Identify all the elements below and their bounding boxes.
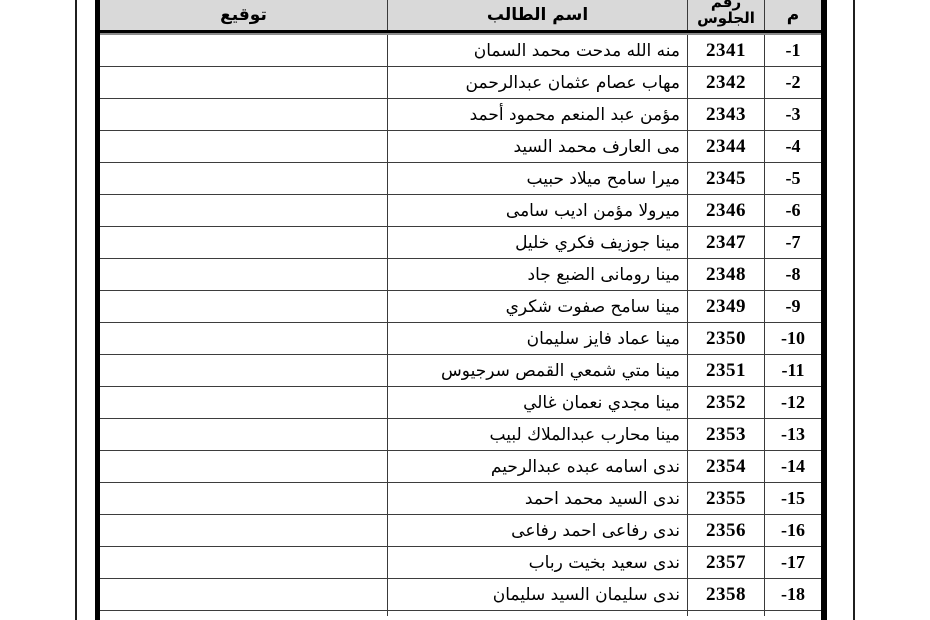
student-name-cell: مى العارف محمد السيد <box>388 131 688 162</box>
partial-next-row <box>100 611 821 616</box>
signature-cell <box>100 35 388 66</box>
signature-cell <box>100 131 388 162</box>
serial-cell: -17 <box>765 547 821 578</box>
serial-cell: -10 <box>765 323 821 354</box>
serial-cell: -14 <box>765 451 821 482</box>
signature-cell <box>100 195 388 226</box>
table-row: ندى سعيد بخيت رباب 2357 -17 <box>100 547 821 579</box>
serial-cell: -15 <box>765 483 821 514</box>
student-name-cell: مينا متي شمعي القمص سرجيوس <box>388 355 688 386</box>
header-serial-column: م <box>765 0 821 30</box>
signature-cell <box>100 323 388 354</box>
header-signature-column: توقيع <box>100 0 388 30</box>
serial-cell: -3 <box>765 99 821 130</box>
serial-cell: -11 <box>765 355 821 386</box>
signature-cell <box>100 67 388 98</box>
serial-cell: -12 <box>765 387 821 418</box>
header-student-name-column: اسم الطالب <box>388 0 688 30</box>
student-name-cell: مينا رومانى الضبع جاد <box>388 259 688 290</box>
seat-number-cell: 2349 <box>688 291 765 322</box>
left-margin-line <box>75 0 77 620</box>
table-row: ندى رفاعى احمد رفاعى 2356 -16 <box>100 515 821 547</box>
seat-number-cell: 2345 <box>688 163 765 194</box>
seat-number-cell: 2356 <box>688 515 765 546</box>
table-row: مينا سامح صفوت شكري 2349 -9 <box>100 291 821 323</box>
serial-cell: -5 <box>765 163 821 194</box>
seat-number-cell: 2342 <box>688 67 765 98</box>
student-name-cell: مؤمن عبد المنعم محمود أحمد <box>388 99 688 130</box>
serial-cell: -4 <box>765 131 821 162</box>
table-row: ندى سليمان السيد سليمان 2358 -18 <box>100 579 821 611</box>
seat-number-cell: 2353 <box>688 419 765 450</box>
seat-number-cell: 2352 <box>688 387 765 418</box>
right-margin-line <box>853 0 855 620</box>
attendance-table: توقيع اسم الطالب رقم الجلوس م منه الله م… <box>95 0 827 620</box>
signature-cell <box>100 515 388 546</box>
serial-cell: -1 <box>765 35 821 66</box>
seat-number-cell: 2346 <box>688 195 765 226</box>
signature-cell <box>100 483 388 514</box>
signature-cell <box>100 611 388 616</box>
table-row: مينا متي شمعي القمص سرجيوس 2351 -11 <box>100 355 821 387</box>
table-row: مينا جوزيف فكري خليل 2347 -7 <box>100 227 821 259</box>
serial-cell: -6 <box>765 195 821 226</box>
serial-cell: -9 <box>765 291 821 322</box>
student-name-cell: مينا عماد فايز سليمان <box>388 323 688 354</box>
table-row: ندى السيد محمد احمد 2355 -15 <box>100 483 821 515</box>
signature-cell <box>100 99 388 130</box>
student-name-cell: مينا جوزيف فكري خليل <box>388 227 688 258</box>
seat-number-cell: 2344 <box>688 131 765 162</box>
table-row: مؤمن عبد المنعم محمود أحمد 2343 -3 <box>100 99 821 131</box>
serial-cell: -7 <box>765 227 821 258</box>
signature-cell <box>100 291 388 322</box>
student-name-cell: مينا سامح صفوت شكري <box>388 291 688 322</box>
signature-cell <box>100 387 388 418</box>
table-row: ندى اسامه عبده عبدالرحيم 2354 -14 <box>100 451 821 483</box>
serial-cell: -18 <box>765 579 821 610</box>
header-seat-number-column: رقم الجلوس <box>688 0 765 30</box>
serial-cell: -8 <box>765 259 821 290</box>
seat-number-cell: 2343 <box>688 99 765 130</box>
table-row: مى العارف محمد السيد 2344 -4 <box>100 131 821 163</box>
signature-cell <box>100 163 388 194</box>
table-row: مينا رومانى الضبع جاد 2348 -8 <box>100 259 821 291</box>
header-seat-number-lines: رقم الجلوس <box>697 0 755 26</box>
seat-number-cell: 2350 <box>688 323 765 354</box>
table-row: مينا عماد فايز سليمان 2350 -10 <box>100 323 821 355</box>
seat-number-cell <box>688 611 765 616</box>
student-name-cell: ميرا سامح ميلاد حبيب <box>388 163 688 194</box>
seat-number-cell: 2351 <box>688 355 765 386</box>
signature-cell <box>100 579 388 610</box>
student-name-cell: مينا محارب عبدالملاك لبيب <box>388 419 688 450</box>
table-row: مهاب عصام عثمان عبدالرحمن 2342 -2 <box>100 67 821 99</box>
table-row: مينا محارب عبدالملاك لبيب 2353 -13 <box>100 419 821 451</box>
table-row: منه الله مدحت محمد السمان 2341 -1 <box>100 35 821 67</box>
student-name-cell <box>388 611 688 616</box>
student-name-cell: منه الله مدحت محمد السمان <box>388 35 688 66</box>
table-row: مينا مجدي نعمان غالي 2352 -12 <box>100 387 821 419</box>
table-body: منه الله مدحت محمد السمان 2341 -1 مهاب ع… <box>100 35 821 611</box>
seat-number-cell: 2347 <box>688 227 765 258</box>
table-row: ميرا سامح ميلاد حبيب 2345 -5 <box>100 163 821 195</box>
serial-cell: -2 <box>765 67 821 98</box>
seat-number-cell: 2354 <box>688 451 765 482</box>
serial-cell: -16 <box>765 515 821 546</box>
signature-cell <box>100 451 388 482</box>
seat-number-cell: 2357 <box>688 547 765 578</box>
student-name-cell: ندى السيد محمد احمد <box>388 483 688 514</box>
signature-cell <box>100 355 388 386</box>
seat-number-cell: 2355 <box>688 483 765 514</box>
serial-cell: -13 <box>765 419 821 450</box>
seat-number-cell: 2358 <box>688 579 765 610</box>
exam-attendance-sheet-page: توقيع اسم الطالب رقم الجلوس م منه الله م… <box>0 0 930 620</box>
serial-cell <box>765 611 821 616</box>
signature-cell <box>100 259 388 290</box>
seat-number-cell: 2341 <box>688 35 765 66</box>
header-seat-number-line2: الجلوس <box>697 9 755 27</box>
student-name-cell: مهاب عصام عثمان عبدالرحمن <box>388 67 688 98</box>
student-name-cell: ميرولا مؤمن اديب سامى <box>388 195 688 226</box>
signature-cell <box>100 419 388 450</box>
student-name-cell: ندى سعيد بخيت رباب <box>388 547 688 578</box>
table-row: ميرولا مؤمن اديب سامى 2346 -6 <box>100 195 821 227</box>
student-name-cell: ندى سليمان السيد سليمان <box>388 579 688 610</box>
signature-cell <box>100 227 388 258</box>
signature-cell <box>100 547 388 578</box>
seat-number-cell: 2348 <box>688 259 765 290</box>
student-name-cell: مينا مجدي نعمان غالي <box>388 387 688 418</box>
student-name-cell: ندى رفاعى احمد رفاعى <box>388 515 688 546</box>
student-name-cell: ندى اسامه عبده عبدالرحيم <box>388 451 688 482</box>
table-header-row: توقيع اسم الطالب رقم الجلوس م <box>100 0 821 33</box>
